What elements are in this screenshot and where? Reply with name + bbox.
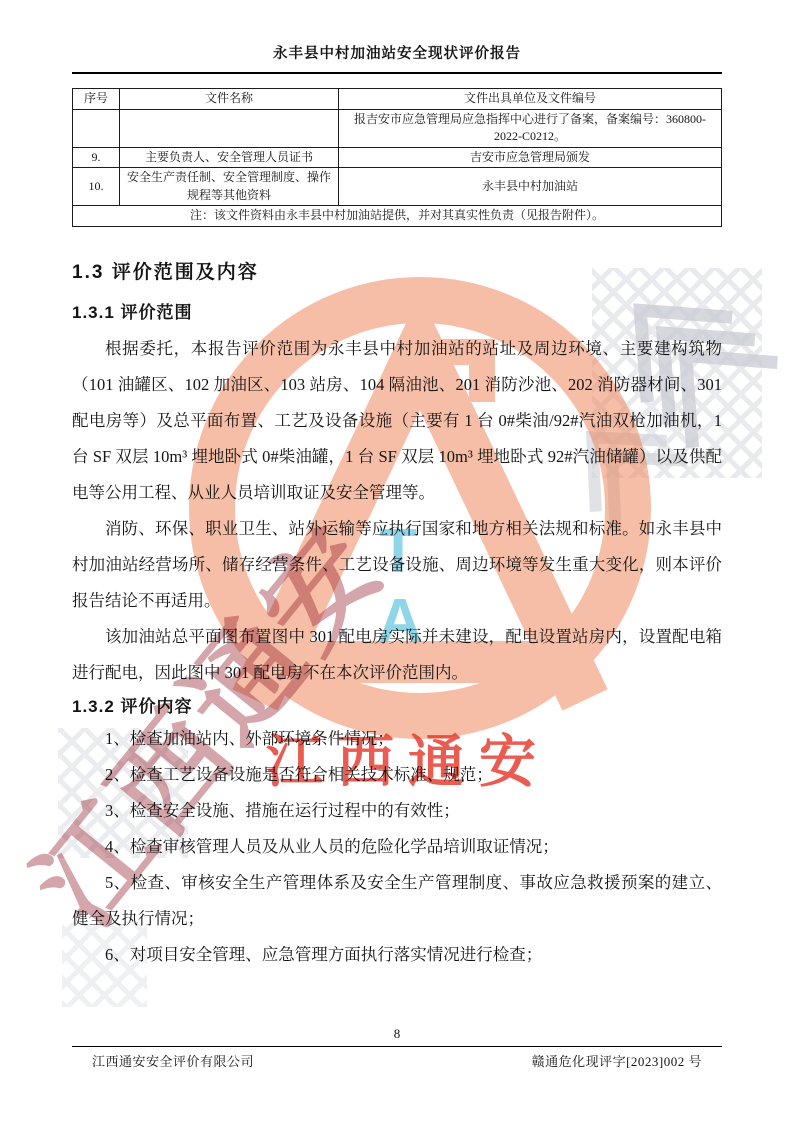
column-header-issuer: 文件出具单位及文件编号: [339, 89, 722, 110]
footer-row: 江西通安安全评价有限公司 赣通危化现评字[2023]002 号: [92, 1051, 702, 1070]
report-page: T A 江西通安 江西通安 永丰县中村加油站安全现状评价报告 序号 文件名称 文…: [0, 0, 794, 1123]
table-note-row: 注：该文件资料由永丰县中村加油站提供，并对其真实性负责（见报告附件）。: [73, 206, 722, 227]
eval-item-5: 5、检查、审核安全生产管理体系及安全生产管理制度、事故应急救援预案的建立、健全及…: [72, 865, 722, 937]
eval-item-3: 3、检查安全设施、措施在运行过程中的有效性；: [72, 793, 722, 829]
cell-row-no: 10.: [73, 168, 120, 206]
body-column: 1.3 评价范围及内容 1.3.1 评价范围 根据委托，本报告评价范围为永丰县中…: [72, 260, 722, 973]
eval-item-6: 6、对项目安全管理、应急管理方面执行落实情况进行检查；: [72, 937, 722, 973]
page-number: 8: [0, 1026, 794, 1042]
paragraph-scope-2: 消防、环保、职业卫生、站外运输等应执行国家和地方相关法规和标准。如永丰县中村加油…: [72, 511, 722, 619]
header-rule: [72, 72, 722, 74]
cell-row-no: 9.: [73, 147, 120, 168]
table-note: 注：该文件资料由永丰县中村加油站提供，并对其真实性负责（见报告附件）。: [73, 206, 722, 227]
cell-doc-name: [120, 109, 339, 147]
footer-doc-number: 赣通危化现评字[2023]002 号: [532, 1051, 702, 1070]
section-heading-1-3-2: 1.3.2 评价内容: [72, 695, 722, 719]
report-title: 永丰县中村加油站安全现状评价报告: [0, 44, 794, 64]
section-heading-1-3: 1.3 评价范围及内容: [72, 260, 722, 286]
paragraph-scope-1: 根据委托，本报告评价范围为永丰县中村加油站的站址及周边环境、主要建构筑物（101…: [72, 331, 722, 511]
cell-doc-issuer: 吉安市应急管理局颁发: [339, 147, 722, 168]
documents-table: 序号 文件名称 文件出具单位及文件编号 报吉安市应急管理局应急指挥中心进行了备案…: [72, 88, 722, 227]
eval-item-4: 4、检查审核管理人员及从业人员的危险化学品培训取证情况；: [72, 829, 722, 865]
table-row: 10. 安全生产责任制、安全管理制度、操作规程等其他资料 永丰县中村加油站: [73, 168, 722, 206]
table-row: 9. 主要负责人、安全管理人员证书 吉安市应急管理局颁发: [73, 147, 722, 168]
footer-rule: [72, 1046, 722, 1047]
column-header-no: 序号: [73, 89, 120, 110]
cell-doc-issuer: 永丰县中村加油站: [339, 168, 722, 206]
table-header-row: 序号 文件名称 文件出具单位及文件编号: [73, 89, 722, 110]
documents-table-wrap: 序号 文件名称 文件出具单位及文件编号 报吉安市应急管理局应急指挥中心进行了备案…: [72, 88, 722, 227]
cell-doc-name: 安全生产责任制、安全管理制度、操作规程等其他资料: [120, 168, 339, 206]
eval-item-2: 2、检查工艺设备设施是否符合相关技术标准、规范；: [72, 757, 722, 793]
cell-doc-issuer: 报吉安市应急管理局应急指挥中心进行了备案，备案编号：360800-2022-C0…: [339, 109, 722, 147]
cell-doc-name: 主要负责人、安全管理人员证书: [120, 147, 339, 168]
footer-company: 江西通安安全评价有限公司: [92, 1051, 254, 1070]
cell-row-no: [73, 109, 120, 147]
column-header-name: 文件名称: [120, 89, 339, 110]
page-content: 永丰县中村加油站安全现状评价报告 序号 文件名称 文件出具单位及文件编号 报吉安…: [0, 0, 794, 1123]
eval-item-1: 1、检查加油站内、外部环境条件情况；: [72, 721, 722, 757]
table-row: 报吉安市应急管理局应急指挥中心进行了备案，备案编号：360800-2022-C0…: [73, 109, 722, 147]
paragraph-scope-3: 该加油站总平面图布置图中 301 配电房实际并未建设，配电设置站房内，设置配电箱…: [72, 619, 722, 691]
section-heading-1-3-1: 1.3.1 评价范围: [72, 301, 722, 325]
